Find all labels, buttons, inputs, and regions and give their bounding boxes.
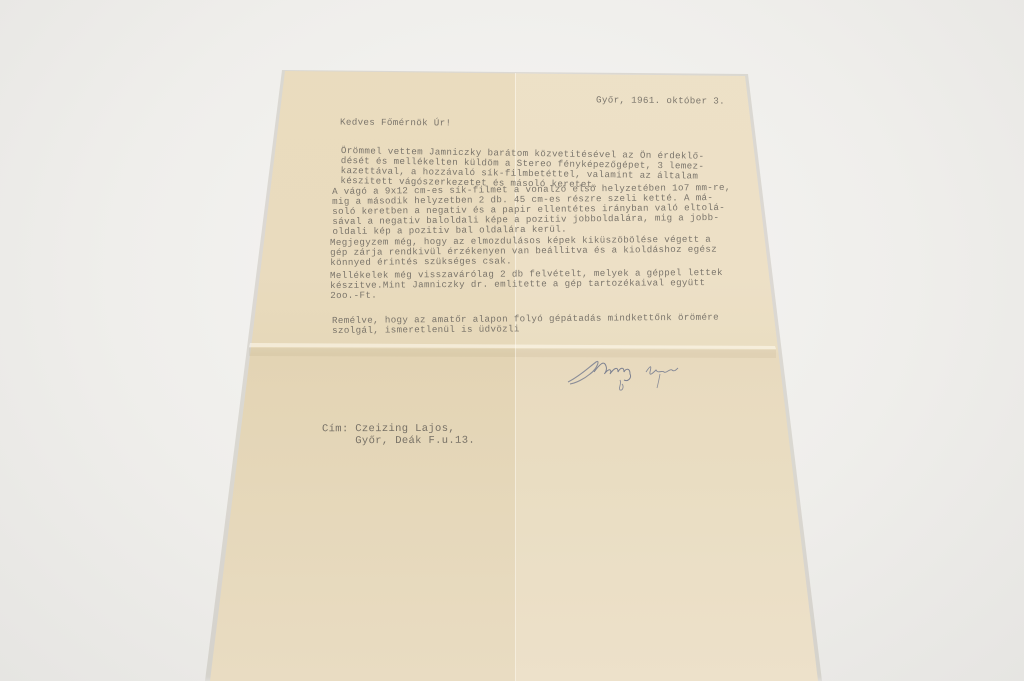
letter-salutation: Kedves Főmérnök Úr! [340, 118, 451, 129]
letter-paragraph: A vágó a 9x12 cm-es sík-filmet a vonalzó… [332, 183, 731, 237]
sender-address: Cím: Czeizing Lajos, Győr, Deák F.u.13. [322, 423, 475, 448]
letter-paragraph: Remélve, hogy az amatőr alapon folyó gép… [332, 313, 719, 336]
letter-paragraph: Megjegyzem még, hogy az elmozdulásos kép… [330, 235, 717, 268]
handwritten-signature: Czeizing Lajos [560, 350, 690, 395]
letter-paragraph: Mellékelek még visszavárólag 2 db felvét… [330, 268, 723, 301]
letter-date: Győr, 1961. október 3. [596, 95, 725, 106]
